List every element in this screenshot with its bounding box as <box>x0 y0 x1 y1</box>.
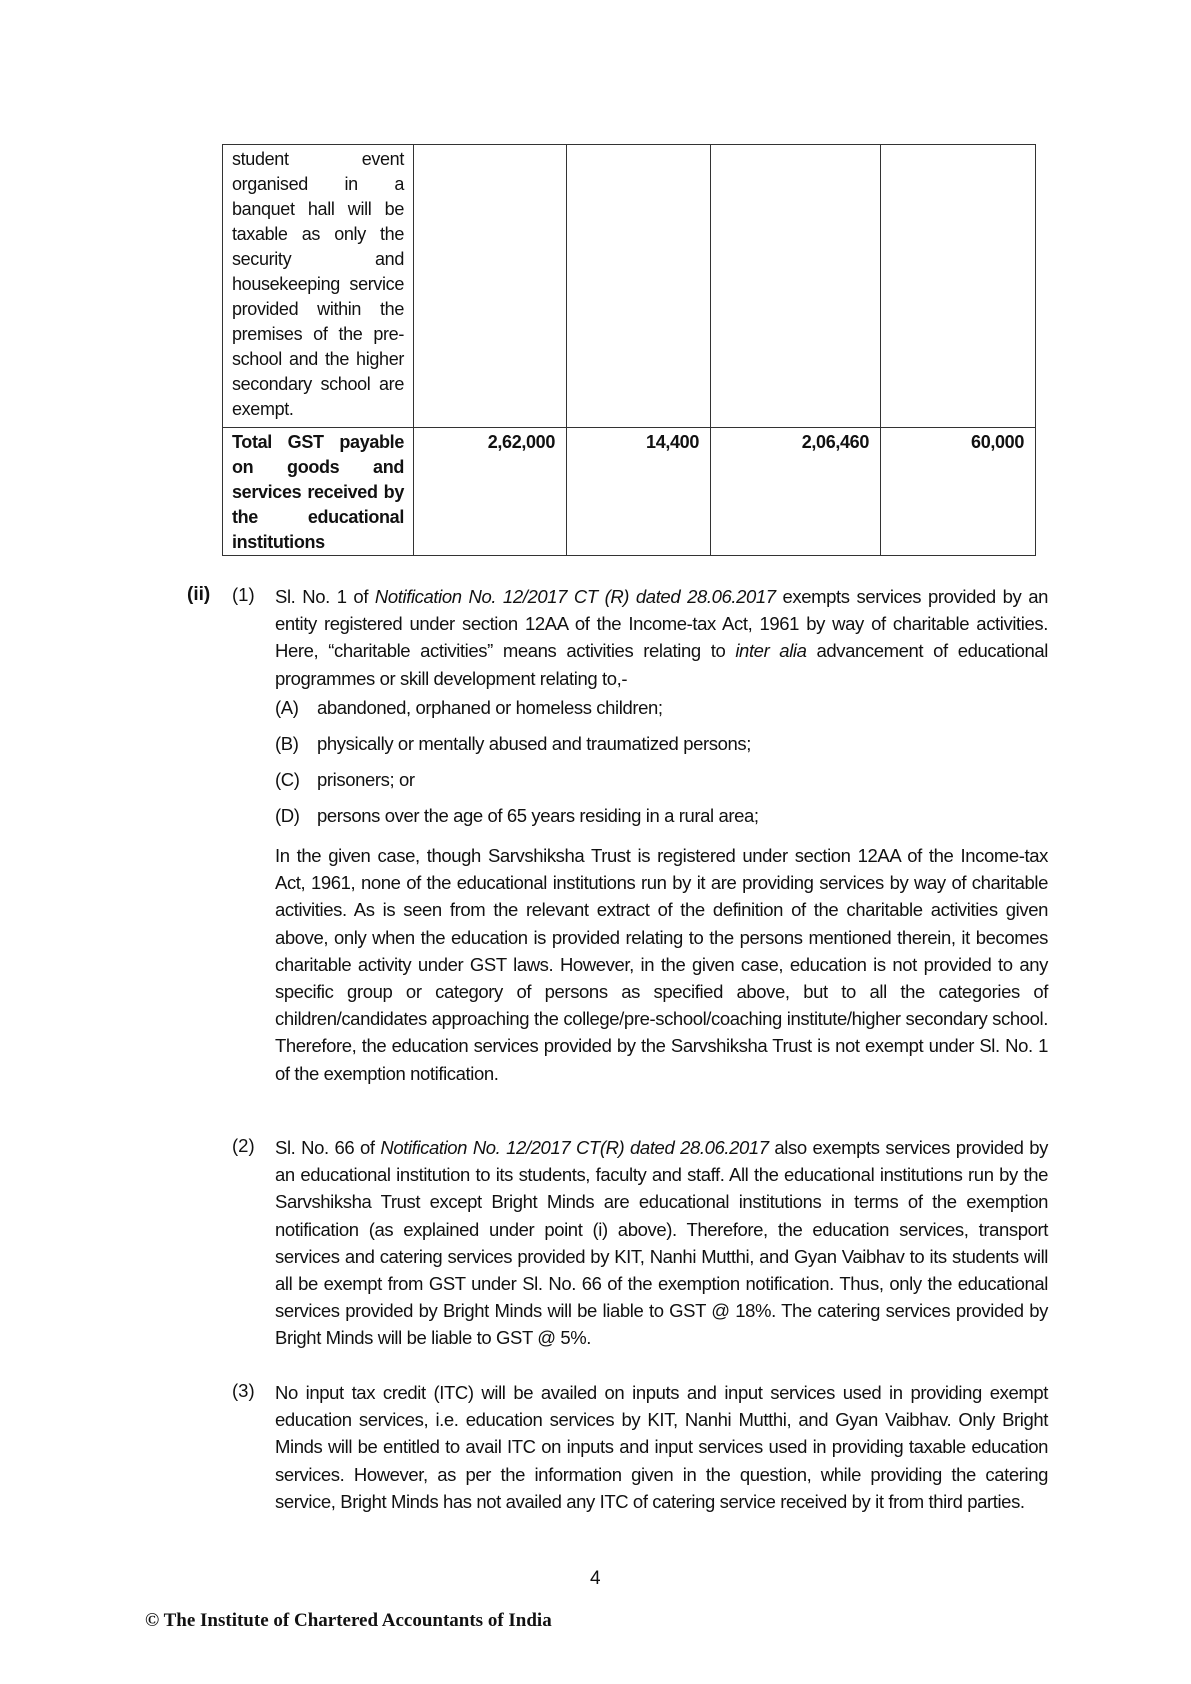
point2-text: Sl. No. 66 of Notification No. 12/2017 C… <box>275 1134 1048 1352</box>
point-number: (3) <box>232 1380 255 1402</box>
section-label: (ii) <box>187 584 210 606</box>
text: Sl. No. 66 of <box>275 1137 380 1158</box>
total-value: 60,000 <box>881 428 1036 556</box>
footer-copyright: © The Institute of Chartered Accountants… <box>145 1610 552 1632</box>
text: also exempts services provided by an edu… <box>275 1137 1048 1348</box>
document-page: student event organised in a banquet hal… <box>0 0 1191 1684</box>
sub-item: (C)prisoners; or <box>275 769 415 791</box>
point-number: (1) <box>232 584 255 606</box>
text: Sl. No. 1 of <box>275 586 375 607</box>
sub-item-letter: (A) <box>275 697 317 719</box>
sub-item-letter: (D) <box>275 805 317 827</box>
sub-item-text: prisoners; or <box>317 769 415 790</box>
sub-item-letter: (B) <box>275 733 317 755</box>
notification-reference: Notification No. 12/2017 CT (R) dated 28… <box>375 586 776 607</box>
point3-text: No input tax credit (ITC) will be availe… <box>275 1379 1048 1515</box>
point1-intro: Sl. No. 1 of Notification No. 12/2017 CT… <box>275 583 1048 692</box>
table-cell <box>711 145 881 428</box>
sub-item-text: physically or mentally abused and trauma… <box>317 733 751 754</box>
sub-item-text: abandoned, orphaned or homeless children… <box>317 697 663 718</box>
gst-payable-table: student event organised in a banquet hal… <box>222 144 1036 556</box>
row-description: student event organised in a banquet hal… <box>223 145 414 428</box>
page-number: 4 <box>590 1568 601 1590</box>
total-row: Total GST payable on goods and services … <box>223 428 1036 556</box>
sub-item: (A)abandoned, orphaned or homeless child… <box>275 697 663 719</box>
total-value: 14,400 <box>567 428 711 556</box>
point1-conclusion: In the given case, though Sarvshiksha Tr… <box>275 842 1048 1087</box>
total-label: Total GST payable on goods and services … <box>223 428 414 556</box>
sub-item-text: persons over the age of 65 years residin… <box>317 805 759 826</box>
point-number: (2) <box>232 1135 255 1157</box>
latin-phrase: inter alia <box>735 640 806 661</box>
table-cell <box>567 145 711 428</box>
sub-item-letter: (C) <box>275 769 317 791</box>
total-value: 2,62,000 <box>414 428 567 556</box>
sub-item: (B)physically or mentally abused and tra… <box>275 733 751 755</box>
total-value: 2,06,460 <box>711 428 881 556</box>
table-row: student event organised in a banquet hal… <box>223 145 1036 428</box>
sub-item: (D)persons over the age of 65 years resi… <box>275 805 759 827</box>
notification-reference: Notification No. 12/2017 CT(R) dated 28.… <box>380 1137 768 1158</box>
table-cell <box>414 145 567 428</box>
table-cell <box>881 145 1036 428</box>
